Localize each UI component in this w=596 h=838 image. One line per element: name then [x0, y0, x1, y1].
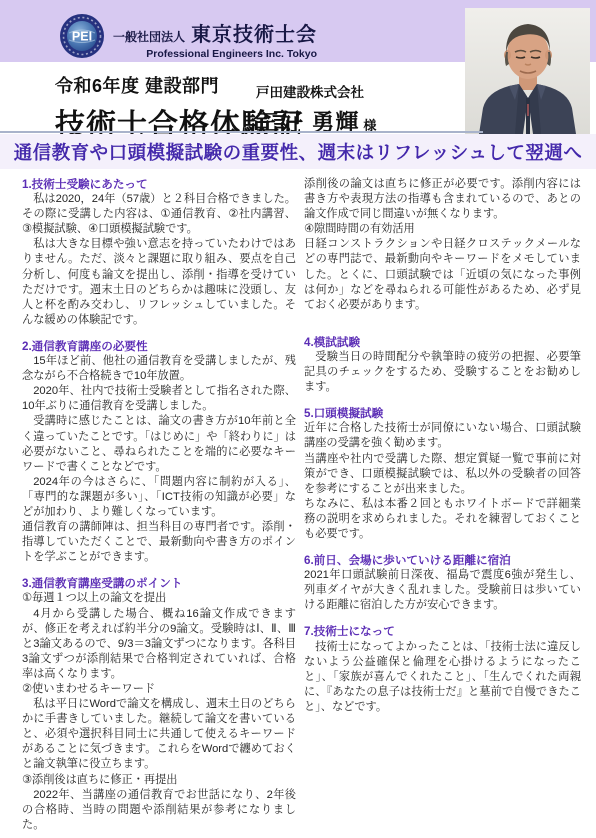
paragraph: ちなみに、私は本番２回ともホワイトボードで詳細業務の説明を求められました。それを…: [304, 497, 581, 542]
paragraph: 受講時に感じたことは、論文の書き方が10年前と全く違っていたことです。「はじめに…: [22, 414, 296, 474]
section-heading: 7.技術士になって: [304, 624, 581, 639]
slogan-text: 通信教育や口頭模擬試験の重要性、週末はリフレッシュして翌週へ: [14, 139, 583, 165]
author-block: 戸田建設株式会社 三好 勇輝様: [256, 81, 377, 137]
pei-logo-icon: PEI: [59, 13, 105, 59]
paragraph: ③添削後は直ちに修正・再提出: [22, 773, 296, 788]
paragraph: 2024年の今はさらに、「問題内容に制約が入る」、「専門的な課題が多い」、「IC…: [22, 475, 296, 520]
right-column: 添削後の論文は直ちに修正が必要です。添削内容には書き方や表現方法の指導も含まれて…: [304, 177, 581, 715]
section-heading: 2.通信教育講座の必要性: [22, 339, 296, 354]
paragraph: 私は大きな目標や強い意志を持っていたわけではありません。ただ、淡々と課題に取り組…: [22, 237, 296, 328]
portrait-photo: [465, 8, 590, 134]
company-name: 戸田建設株式会社: [256, 81, 377, 101]
paragraph: ②使いまわせるキーワード: [22, 682, 296, 697]
section-heading: 6.前日、会場に歩いていける距離に宿泊: [304, 553, 581, 568]
paragraph: 2021年口頭試験前日深夜、福島で震度6強が発生し、列車ダイヤが大きく乱れました…: [304, 568, 581, 613]
paragraph: 2020年、社内で技術士受験者として指名された際、10年ぶりに通信教育を受講しま…: [22, 384, 296, 414]
paragraph: 私は2020，24年（57歳）と２科目合格できました。その際に受講した内容は、①…: [22, 192, 296, 237]
paragraph: 近年に合格した技術士が同僚にいない場合、口頭試験講座の受講を強く勧めます。: [304, 421, 581, 451]
section-heading: 4.模試試験: [304, 335, 581, 350]
paragraph: 当講座や社内で受講した際、想定質疑一覧で事前に対策ができ、口頭模擬試験では、私以…: [304, 452, 581, 497]
paragraph: 通信教育の講師陣は、担当科目の専門者です。添削・指導していただくことで、最新動向…: [22, 520, 296, 565]
paragraph: 日経コンストラクションや日経クロステックメールなどの専門誌で、最新動向やキーワー…: [304, 237, 581, 312]
paragraph: 2022年、当講座の通信教育でお世話になり、2年後の合格時、当時の問題や添削結果…: [22, 788, 296, 833]
svg-text:PEI: PEI: [72, 30, 92, 44]
paragraph: 4月から受講した場合、概ね16論文作成できますが、修正を考えれば約半分の9論文。…: [22, 607, 296, 682]
paragraph: 受験当日の時間配分や執筆時の疲労の把握、必要筆記具のチェックをするため、受験する…: [304, 350, 581, 395]
section-heading: 1.技術士受験にあたって: [22, 177, 296, 192]
section-heading: 5.口頭模擬試験: [304, 406, 581, 421]
paragraph: ④隙間時間の有効活用: [304, 222, 581, 237]
org-name: 東京技術士会: [191, 18, 317, 47]
paragraph: 私は平日にWordで論文を構成し、週末土日のどちらかに手書きしていました。継続し…: [22, 697, 296, 772]
left-column: 1.技術士受験にあたって私は2020，24年（57歳）と２科目合格できました。そ…: [22, 177, 296, 833]
section-heading: 3.通信教育講座受講のポイント: [22, 576, 296, 591]
org-name-english: Professional Engineers Inc. Tokyo: [113, 48, 317, 60]
org-name-block: 一般社団法人 東京技術士会 Professional Engineers Inc…: [113, 18, 317, 60]
slogan-strip: 通信教育や口頭模擬試験の重要性、週末はリフレッシュして翌週へ: [0, 134, 596, 169]
paragraph: 技術士になってよかったことは、「技術士法に違反しないよう公益確保と倫理を心掛ける…: [304, 640, 581, 715]
paragraph: ①毎週１つ以上の論文を提出: [22, 591, 296, 606]
paragraph: 15年ほど前、他社の通信教育を受講しましたが、残念ながら不合格続きで10年放置。: [22, 354, 296, 384]
paragraph: 添削後の論文は直ちに修正が必要です。添削内容には書き方や表現方法の指導も含まれて…: [304, 177, 581, 222]
org-prefix: 一般社団法人: [113, 28, 185, 45]
header-divider: [0, 131, 483, 133]
